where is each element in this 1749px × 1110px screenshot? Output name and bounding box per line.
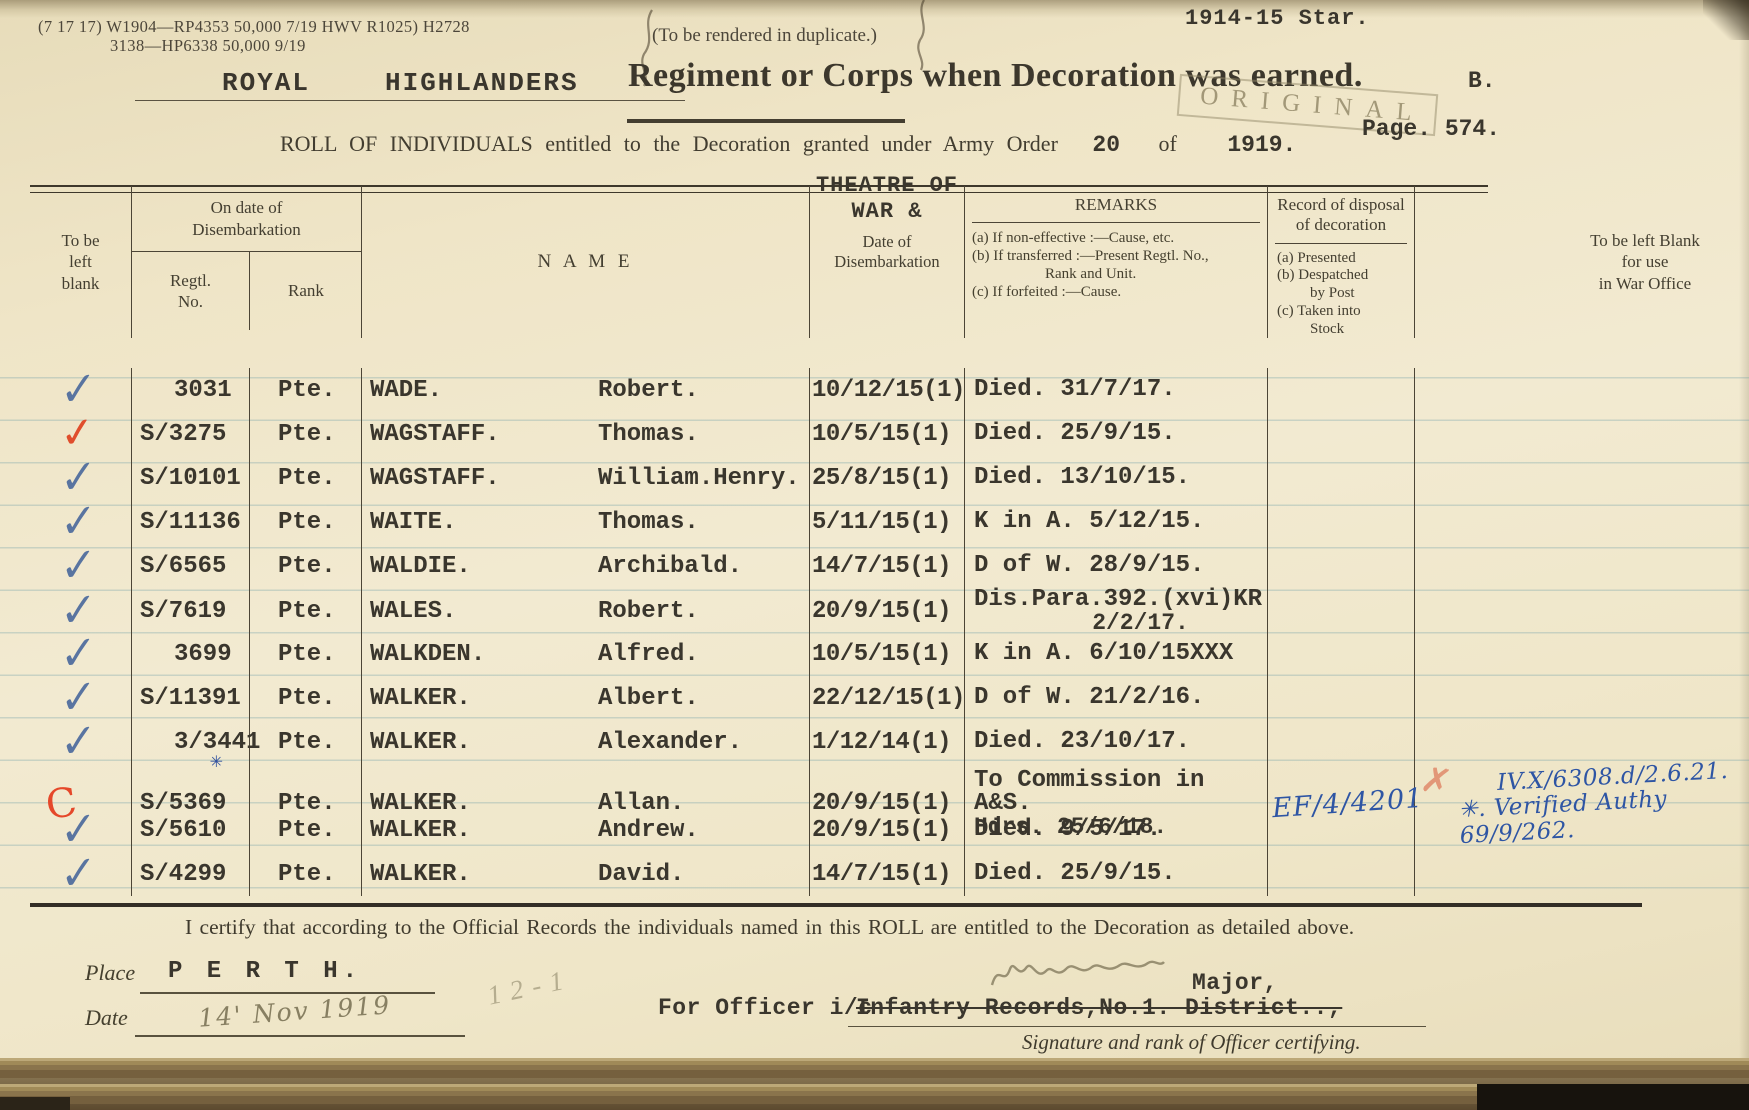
disposal-cell bbox=[1268, 412, 1415, 456]
header-disposal: Record of disposal of decoration (a) Pre… bbox=[1268, 186, 1415, 338]
header-disposal-title: Record of disposal of decoration bbox=[1268, 186, 1414, 236]
disposal-cell bbox=[1268, 632, 1415, 676]
header-disposal-note: Stock bbox=[1268, 321, 1414, 339]
regtl-no-value: S/3275 bbox=[140, 421, 226, 448]
place-label: Place bbox=[85, 960, 135, 986]
check-cell: ✓ bbox=[30, 632, 132, 676]
remarks-cell: D of W. 21/2/16. bbox=[965, 676, 1268, 720]
header-disposal-note: (c) Taken into bbox=[1268, 303, 1414, 321]
surname-value: WALKER. bbox=[370, 685, 598, 712]
rank-cell: Pte. bbox=[250, 808, 362, 852]
header-remarks-rule bbox=[972, 222, 1260, 223]
surname-value: WALKER. bbox=[370, 861, 598, 888]
header-on-date-group: On date of Disembarkation Regtl. No. Ran… bbox=[132, 186, 362, 338]
regtl-no-cell: S/11391 bbox=[132, 676, 250, 720]
remarks-cell: Died. 31/7/17. bbox=[965, 368, 1268, 412]
signature-underline bbox=[848, 1026, 1426, 1027]
remarks-line-1: Died. 23/10/17. bbox=[974, 730, 1190, 754]
rank-cell: Pte. bbox=[250, 676, 362, 720]
check-cell: ✓ bbox=[30, 500, 132, 544]
regtl-no-value: 3/3441 bbox=[140, 729, 260, 756]
row-check-mark: ✓ bbox=[60, 849, 97, 899]
surname-value: WALKER. bbox=[370, 729, 598, 756]
header-name: N A M E bbox=[362, 186, 810, 338]
war-office-blank-cell bbox=[1415, 852, 1730, 896]
for-officer-label: For Officer i/c bbox=[658, 995, 873, 1021]
forename-value: Robert. bbox=[598, 598, 699, 625]
check-cell: ✓ bbox=[30, 412, 132, 456]
remarks-line-1: Dis.Para.392.(xvi)KR bbox=[974, 588, 1262, 612]
header-on-date-line: Disembarkation bbox=[132, 219, 361, 240]
forename-value: Robert. bbox=[598, 377, 699, 404]
header-disposal-note: (a) Presented bbox=[1268, 250, 1414, 268]
check-cell: ✓ bbox=[30, 456, 132, 500]
officer-rank: Major, bbox=[1192, 970, 1278, 996]
name-cell: WADE.Robert. bbox=[362, 368, 810, 412]
name-cell: WAGSTAFF.Thomas. bbox=[362, 412, 810, 456]
theatre-date-cell: 20/9/15(1) bbox=[810, 588, 965, 634]
surname-value: WAGSTAFF. bbox=[370, 465, 598, 492]
rank-cell: Pte. bbox=[250, 456, 362, 500]
rank-cell: Pte. bbox=[250, 500, 362, 544]
place-underline bbox=[140, 992, 435, 994]
regtl-no-value: 3031 bbox=[140, 377, 232, 404]
row-check-mark: ✓ bbox=[60, 717, 97, 767]
theatre-date-cell: 14/7/15(1) bbox=[810, 544, 965, 588]
disposal-cell bbox=[1268, 368, 1415, 412]
header-theatre-sub: Date of Disembarkation bbox=[810, 232, 964, 273]
disposal-cell bbox=[1268, 676, 1415, 720]
check-cell: ✓ bbox=[30, 720, 132, 764]
header-disposal-title-line: of decoration bbox=[1268, 215, 1414, 235]
header-disposal-note: (b) Despatched bbox=[1268, 267, 1414, 285]
header-right-blank-line: for use bbox=[1560, 251, 1730, 272]
regtl-no-value: S/11136 bbox=[140, 509, 241, 536]
regtl-no-cell: 3699 bbox=[132, 632, 250, 676]
rank-cell: Pte. bbox=[250, 412, 362, 456]
regtl-no-cell: 3/3441 bbox=[132, 720, 250, 764]
header-regtl-line: Regtl. bbox=[132, 270, 249, 291]
desk-shadow-left bbox=[0, 1097, 70, 1110]
regtl-no-value: 3699 bbox=[140, 641, 232, 668]
forename-value: Alfred. bbox=[598, 641, 699, 668]
header-on-date-sub: Regtl. No. Rank bbox=[132, 252, 361, 330]
name-cell: WALDIE.Archibald. bbox=[362, 544, 810, 588]
regtl-no-value: S/7619 bbox=[140, 598, 226, 625]
surname-value: WAGSTAFF. bbox=[370, 421, 598, 448]
certification-statement: I certify that according to the Official… bbox=[185, 915, 1455, 940]
header-on-date: On date of Disembarkation bbox=[132, 186, 361, 252]
surname-value: WALDIE. bbox=[370, 553, 598, 580]
remarks-cell: D of W. 28/9/15. bbox=[965, 544, 1268, 588]
header-right-blank-line: To be left Blank bbox=[1560, 230, 1730, 251]
remarks-line-1: K in A. 6/10/15XXX bbox=[974, 642, 1233, 666]
title-suffix: B. bbox=[1468, 68, 1496, 94]
header-theatre-sub-line: Date of bbox=[810, 232, 964, 253]
header-disposal-rule bbox=[1275, 243, 1407, 244]
army-order-year: 1919. bbox=[1227, 132, 1296, 158]
rank-cell: Pte. bbox=[250, 852, 362, 896]
table-header: To be left blank On date of Disembarkati… bbox=[30, 186, 1730, 330]
table-row: ✓ S/3275 Pte. WAGSTAFF.Thomas. 10/5/15(1… bbox=[30, 412, 1730, 456]
war-office-blank-cell bbox=[1415, 632, 1730, 676]
regiment-underline bbox=[135, 100, 685, 101]
remarks-line-1: K in A. 5/12/15. bbox=[974, 510, 1204, 534]
header-disposal-title-line: Record of disposal bbox=[1268, 195, 1414, 215]
table-row: ✓ S/10101 Pte. WAGSTAFF.William.Henry. 2… bbox=[30, 456, 1730, 500]
war-office-blank-cell bbox=[1415, 588, 1730, 634]
theatre-date-cell: 20/9/15(1) bbox=[810, 808, 965, 852]
remarks-cell: Died. 13/10/15. bbox=[965, 456, 1268, 500]
regiment-word-2: HIGHLANDERS bbox=[385, 68, 579, 98]
header-left-blank-line: blank bbox=[62, 273, 100, 294]
forename-value: William.Henry. bbox=[598, 465, 800, 492]
remarks-cell: Dis.Para.392.(xvi)KR2/2/17. bbox=[965, 588, 1268, 634]
regtl-no-value: S/4299 bbox=[140, 861, 226, 888]
forename-value: Alexander. bbox=[598, 729, 742, 756]
surname-value: WADE. bbox=[370, 377, 598, 404]
name-cell: WALKER.Alexander. bbox=[362, 720, 810, 764]
disposal-cell bbox=[1268, 588, 1415, 634]
regtl-no-value: S/6565 bbox=[140, 553, 226, 580]
table-row: C S/5369✳ Pte. WALKER.Allan. 20/9/15(1) … bbox=[30, 764, 1730, 808]
remarks-line-1: Died. 31/7/17. bbox=[974, 378, 1176, 402]
verified-asterisk-mark: ✳ bbox=[210, 748, 223, 774]
pencil-annotation: 12-1 bbox=[485, 963, 575, 1011]
check-cell: ✓ bbox=[30, 544, 132, 588]
regtl-no-cell: S/3275 bbox=[132, 412, 250, 456]
header-theatre: THEATRE OF WAR & Date of Disembarkation bbox=[810, 186, 965, 338]
check-cell: ✓ bbox=[30, 852, 132, 896]
header-disposal-note: by Post bbox=[1268, 285, 1414, 303]
header-regtl-line: No. bbox=[132, 291, 249, 312]
regtl-no-cell: S/7619 bbox=[132, 588, 250, 634]
name-cell: WALKER.Albert. bbox=[362, 676, 810, 720]
header-remarks-title: REMARKS bbox=[965, 186, 1267, 215]
remarks-cell: K in A. 6/10/15XXX bbox=[965, 632, 1268, 676]
header-on-date-line: On date of bbox=[132, 197, 361, 218]
name-cell: WALES.Robert. bbox=[362, 588, 810, 634]
page-number: Page. 574. bbox=[1362, 116, 1500, 142]
forename-value: Thomas. bbox=[598, 509, 699, 536]
disposal-cell bbox=[1268, 500, 1415, 544]
regtl-no-value: S/11391 bbox=[140, 685, 241, 712]
print-reference-line-2: 3138—HP6338 50,000 9/19 bbox=[110, 36, 306, 56]
table-row: ✓ S/5610 Pte. WALKER.Andrew. 20/9/15(1) … bbox=[30, 808, 1730, 852]
header-theatre-sub-line: Disembarkation bbox=[810, 252, 964, 273]
date-handwritten-value: 14' Nov 1919 bbox=[197, 990, 392, 1032]
rank-cell: Pte. bbox=[250, 720, 362, 764]
regtl-no-cell: S/4299 bbox=[132, 852, 250, 896]
regtl-no-value: S/5610 bbox=[140, 817, 226, 844]
theatre-date-cell: 1/12/14(1) bbox=[810, 720, 965, 764]
roll-table: To be left blank On date of Disembarkati… bbox=[30, 186, 1730, 903]
surname-value: WALKER. bbox=[370, 817, 598, 844]
check-cell: ✓ bbox=[30, 808, 132, 852]
table-row: ✓ S/11391 Pte. WALKER.Albert. 22/12/15(1… bbox=[30, 676, 1730, 720]
row-check-mark: ✓ bbox=[60, 365, 97, 415]
regtl-no-cell: S/6565 bbox=[132, 544, 250, 588]
roll-title-prefix: ROLL OF INDIVIDUALS entitled to the Deco… bbox=[280, 131, 1058, 156]
header-remarks-note: Rank and Unit. bbox=[965, 265, 1267, 283]
title-rule bbox=[627, 119, 905, 123]
remarks-cell: Died. 23/10/17. bbox=[965, 720, 1268, 764]
regtl-no-value: S/10101 bbox=[140, 465, 241, 492]
header-remarks-note: (a) If non-effective :—Cause, etc. bbox=[965, 229, 1267, 247]
header-remarks-note: (c) If forfeited :—Cause. bbox=[965, 283, 1267, 301]
remarks-line-1: Died. 25/9/15. bbox=[974, 422, 1176, 446]
table-row: ✓ 3/3441 Pte. WALKER.Alexander. 1/12/14(… bbox=[30, 720, 1730, 764]
surname-value: WALES. bbox=[370, 598, 598, 625]
date-underline bbox=[135, 1035, 465, 1037]
forename-value: David. bbox=[598, 861, 684, 888]
header-remarks-note: (b) If transferred :—Present Regtl. No., bbox=[965, 247, 1267, 265]
decoration-name: 1914-15 Star. bbox=[1185, 6, 1370, 31]
war-office-blank-cell bbox=[1415, 720, 1730, 764]
war-office-blank-cell bbox=[1415, 456, 1730, 500]
header-regtl-no: Regtl. No. bbox=[132, 252, 250, 330]
table-row: ✓ S/11136 Pte. WAITE.Thomas. 5/11/15(1) … bbox=[30, 500, 1730, 544]
army-order-number: 20 bbox=[1092, 132, 1120, 158]
remarks-line-1: D of W. 28/9/15. bbox=[974, 554, 1204, 578]
forename-value: Albert. bbox=[598, 685, 699, 712]
print-reference-line-1: (7 17 17) W1904—RP4353 50,000 7/19 HWV R… bbox=[38, 17, 470, 37]
name-cell: WAITE.Thomas. bbox=[362, 500, 810, 544]
table-row: ✓ S/4299 Pte. WALKER.David. 14/7/15(1) D… bbox=[30, 852, 1730, 896]
header-theatre-typed-line: WAR & bbox=[810, 199, 964, 225]
war-office-blank-cell bbox=[1415, 368, 1730, 412]
war-office-blank-cell bbox=[1415, 544, 1730, 588]
check-cell: ✓ bbox=[30, 588, 132, 634]
table-row: ✓ S/7619 Pte. WALES.Robert. 20/9/15(1) D… bbox=[30, 588, 1730, 632]
forename-value: Archibald. bbox=[598, 553, 742, 580]
place-value: P E R T H. bbox=[168, 958, 362, 985]
roll-title: ROLL OF INDIVIDUALS entitled to the Deco… bbox=[280, 131, 1296, 158]
rank-cell: Pte. bbox=[250, 368, 362, 412]
war-office-blank-cell bbox=[1415, 808, 1730, 852]
check-cell: ✓ bbox=[30, 368, 132, 412]
records-office-struck-text: Infantry Records,No.1. District.., bbox=[856, 995, 1342, 1021]
forename-value: Thomas. bbox=[598, 421, 699, 448]
remarks-line-1: Died. 25/9/15. bbox=[974, 862, 1176, 886]
remarks-cell: Died. 25/9/15. bbox=[965, 852, 1268, 896]
theatre-date-cell: 14/7/15(1) bbox=[810, 852, 965, 896]
header-left-blank-line: To be bbox=[62, 230, 100, 251]
remarks-line-1: Died. 9/5/17. bbox=[974, 818, 1161, 842]
header-left-blank-line: left bbox=[69, 251, 92, 272]
duplicate-note: (To be rendered in duplicate.) bbox=[652, 25, 877, 47]
regtl-no-cell: S/11136 bbox=[132, 500, 250, 544]
table-bottom-rule bbox=[30, 903, 1642, 907]
signature-scrawl bbox=[988, 955, 1168, 995]
theatre-date-cell: 5/11/15(1) bbox=[810, 500, 965, 544]
name-cell: WAGSTAFF.William.Henry. bbox=[362, 456, 810, 500]
theatre-date-cell: 25/8/15(1) bbox=[810, 456, 965, 500]
remarks-cell: Died. 25/9/15. bbox=[965, 412, 1268, 456]
header-theatre-typed-line: THEATRE OF bbox=[810, 173, 964, 199]
table-body: ✓ 3031 Pte. WADE.Robert. 10/12/15(1) Die… bbox=[30, 330, 1730, 903]
header-theatre-typed: THEATRE OF WAR & bbox=[810, 173, 964, 226]
remarks-line-1: Died. 13/10/15. bbox=[974, 466, 1190, 490]
desk-shadow-right bbox=[1477, 1084, 1749, 1110]
name-cell: WALKDEN.Alfred. bbox=[362, 632, 810, 676]
surname-value: WALKDEN. bbox=[370, 641, 598, 668]
theatre-date-cell: 10/5/15(1) bbox=[810, 412, 965, 456]
remarks-line-2: 2/2/17. bbox=[1092, 612, 1189, 635]
check-cell: ✓ bbox=[30, 676, 132, 720]
red-scrawl-mark: ✗ bbox=[1417, 757, 1455, 804]
roll-title-of: of bbox=[1159, 131, 1177, 156]
rank-cell: Pte. bbox=[250, 588, 362, 634]
surname-value: WAITE. bbox=[370, 509, 598, 536]
war-office-blank-cell bbox=[1415, 412, 1730, 456]
rank-cell: Pte. bbox=[250, 544, 362, 588]
rank-cell: Pte. bbox=[250, 632, 362, 676]
war-office-blank-cell bbox=[1415, 500, 1730, 544]
signature-caption: Signature and rank of Officer certifying… bbox=[1022, 1030, 1361, 1055]
header-right-blank-line: in War Office bbox=[1560, 273, 1730, 294]
forename-value: Andrew. bbox=[598, 817, 699, 844]
remarks-cell: Died. 9/5/17. bbox=[965, 808, 1268, 852]
header-right-blank: To be left Blank for use in War Office bbox=[1415, 186, 1730, 338]
regtl-no-cell: 3031 bbox=[132, 368, 250, 412]
header-left-blank: To be left blank bbox=[30, 186, 132, 338]
header-rank: Rank bbox=[250, 252, 362, 330]
theatre-date-cell: 22/12/15(1) bbox=[810, 676, 965, 720]
war-office-blank-cell bbox=[1415, 676, 1730, 720]
name-cell: WALKER.Andrew. bbox=[362, 808, 810, 852]
regiment-word-1: ROYAL bbox=[222, 68, 310, 98]
disposal-cell bbox=[1268, 456, 1415, 500]
header-remarks: REMARKS (a) If non-effective :—Cause, et… bbox=[965, 186, 1268, 338]
regtl-no-cell: S/10101 bbox=[132, 456, 250, 500]
table-row: ✓ S/6565 Pte. WALDIE.Archibald. 14/7/15(… bbox=[30, 544, 1730, 588]
disposal-cell bbox=[1268, 852, 1415, 896]
theatre-date-cell: 10/12/15(1) bbox=[810, 368, 965, 412]
name-cell: WALKER.David. bbox=[362, 852, 810, 896]
disposal-cell bbox=[1268, 720, 1415, 764]
date-label: Date bbox=[85, 1005, 128, 1031]
remarks-cell: K in A. 5/12/15. bbox=[965, 500, 1268, 544]
regtl-no-cell: S/5610 bbox=[132, 808, 250, 852]
theatre-date-cell: 10/5/15(1) bbox=[810, 632, 965, 676]
disposal-cell bbox=[1268, 544, 1415, 588]
page-top-shadow bbox=[0, 0, 1749, 18]
table-row: ✓ 3699 Pte. WALKDEN.Alfred. 10/5/15(1) K… bbox=[30, 632, 1730, 676]
medal-roll-document: (7 17 17) W1904—RP4353 50,000 7/19 HWV R… bbox=[0, 0, 1749, 1110]
disposal-cell bbox=[1268, 808, 1415, 852]
remarks-line-1: D of W. 21/2/16. bbox=[974, 686, 1204, 710]
table-row: ✓ 3031 Pte. WADE.Robert. 10/12/15(1) Die… bbox=[30, 368, 1730, 412]
